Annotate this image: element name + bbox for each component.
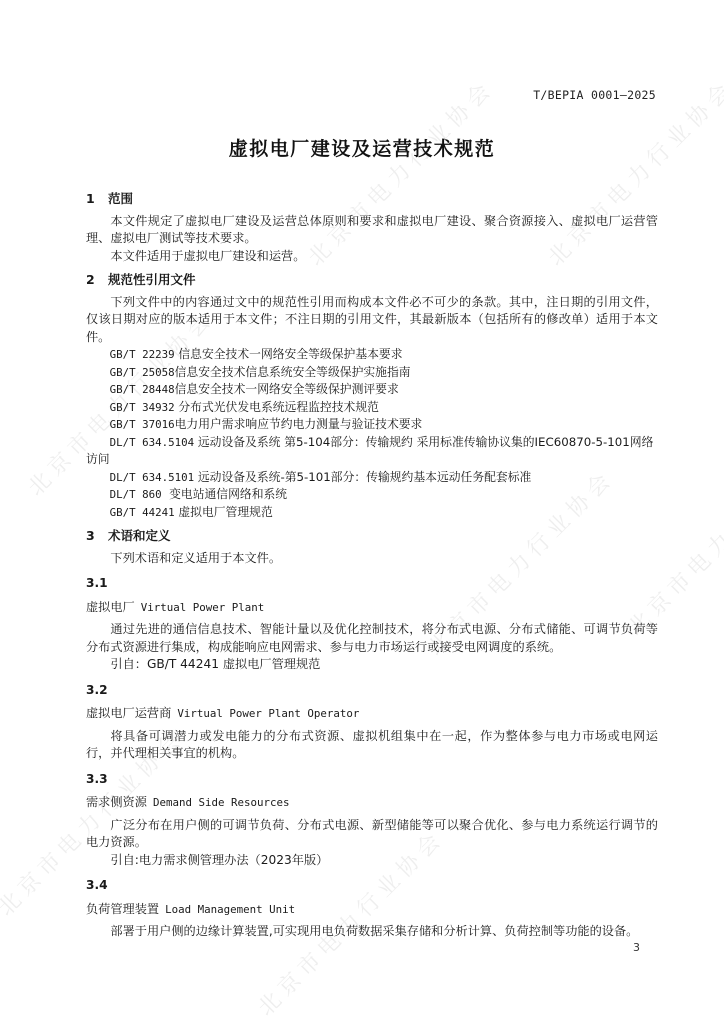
reference-item: DL/T 634.5101 远动设备及系统-第5-101部分：传输规约基本远动任… [86,469,658,487]
document-body: 1范围 本文件规定了虚拟电厂建设及运营总体原则和要求和虚拟电厂建设、聚合资源接入… [86,190,658,941]
reference-list: GB/T 22239 信息安全技术一网络安全等级保护基本要求 GB/T 2505… [86,346,658,521]
term-entry: 3.3 需求侧资源Demand Side Resources 广泛分布在用户侧的… [86,771,658,870]
term-title: 虚拟电厂Virtual Power Plant [86,599,658,617]
clause-number: 3.3 [86,771,658,789]
reference-item: GB/T 34932 分布式光伏发电系统远程监控技术规范 [86,399,658,417]
section-heading-scope: 1范围 [86,190,658,208]
reference-item: GB/T 25058信息安全技术信息系统安全等级保护实施指南 [86,364,658,382]
reference-item: GB/T 44241 虚拟电厂管理规范 [86,504,658,522]
term-definition: 广泛分布在用户侧的可调节负荷、分布式电源、新型储能等可以聚合优化、参与电力系统运… [86,817,658,852]
section-heading-normative-references: 2规范性引用文件 [86,271,658,289]
section-heading-terms: 3术语和定义 [86,527,658,545]
document-code: T/BEPIA 0001—2025 [533,88,656,102]
term-title: 需求侧资源Demand Side Resources [86,794,658,812]
term-definition: 将具备可调潜力或发电能力的分布式资源、虚拟机组集中在一起，作为整体参与电力市场或… [86,728,658,763]
term-source: 引自：GB/T 44241 虚拟电厂管理规范 [86,656,658,674]
term-entry: 3.1 虚拟电厂Virtual Power Plant 通过先进的通信信息技术、… [86,575,658,674]
reference-item: GB/T 37016电力用户需求响应节约电力测量与验证技术要求 [86,416,658,434]
document-title: 虚拟电厂建设及运营技术规范 [0,134,724,161]
reference-item: DL/T 634.5104 远动设备及系统 第5-104部分：传输规约 采用标准… [86,434,658,469]
term-source: 引自:电力需求侧管理办法（2023年版） [86,852,658,870]
paragraph: 本文件适用于虚拟电厂建设和运营。 [86,248,658,266]
term-entry: 3.4 负荷管理装置Load Management Unit 部署于用户侧的边缘… [86,877,658,941]
reference-item: DL/T 860 变电站通信网络和系统 [86,486,658,504]
term-entry: 3.2 虚拟电厂运营商Virtual Power Plant Operator … [86,682,658,763]
term-title: 虚拟电厂运营商Virtual Power Plant Operator [86,705,658,723]
paragraph: 下列文件中的内容通过文中的规范性引用而构成本文件必不可少的条款。其中，注日期的引… [86,294,658,347]
clause-number: 3.2 [86,682,658,700]
paragraph: 下列术语和定义适用于本文件。 [86,550,658,568]
term-definition: 部署于用户侧的边缘计算装置,可实现用电负荷数据采集存储和分析计算、负荷控制等功能… [86,923,658,941]
reference-item: GB/T 28448信息安全技术一网络安全等级保护测评要求 [86,381,658,399]
page-number: 3 [633,941,640,954]
clause-number: 3.4 [86,877,658,895]
reference-item: GB/T 22239 信息安全技术一网络安全等级保护基本要求 [86,346,658,364]
clause-number: 3.1 [86,575,658,593]
paragraph: 本文件规定了虚拟电厂建设及运营总体原则和要求和虚拟电厂建设、聚合资源接入、虚拟电… [86,213,658,248]
term-title: 负荷管理装置Load Management Unit [86,901,658,919]
term-definition: 通过先进的通信信息技术、智能计量以及优化控制技术，将分布式电源、分布式储能、可调… [86,621,658,656]
